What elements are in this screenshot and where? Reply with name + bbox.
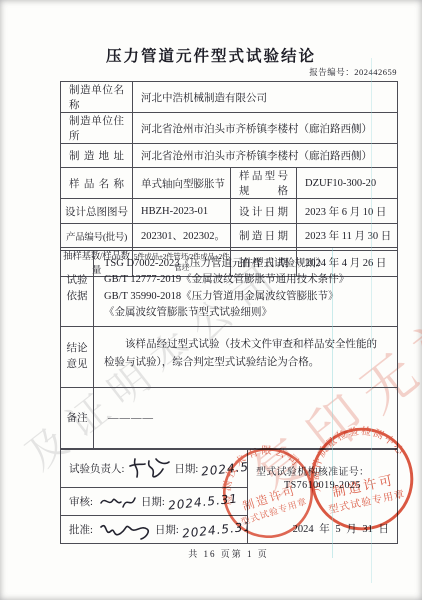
table-row: 制造地址 河北省沧州市泊头市齐桥镇李楼村（廊泊路西侧） (61, 144, 398, 168)
test-basis-value: TSG D7002-2023《压力管道元件型式试验规则》 GB/T 12777-… (94, 251, 398, 327)
reviewer-date: 2024.5.31 (167, 491, 238, 512)
sample-name-label: 样品名称 (61, 168, 133, 199)
table-row: 备注 ———— (61, 388, 398, 450)
drawing-no-label: 设计总图图号 (61, 199, 133, 224)
report-number-line: 报告编号：202442659 (60, 66, 397, 78)
approval-date: 2024 年 5 月 31 日 (293, 521, 389, 536)
page-footer: 共 16 页第 1 页 (60, 547, 397, 560)
table-row: 试验依据 TSG D7002-2023《压力管道元件型式试验规则》 GB/T 1… (61, 251, 398, 327)
cert-label: 型式试验机构核准证号： (248, 449, 397, 478)
reviewer-date-label: 日期: (141, 494, 165, 509)
test-leader-label: 试验负责人: (69, 461, 124, 476)
basis-line: 《金属波纹管膨胀节型式试验细则》 (104, 305, 393, 321)
manufacture-date-value: 2023 年 11 月 30 日 (297, 224, 398, 248)
sample-model-value: DZUF10-300-20 (297, 168, 398, 199)
approver-signature (97, 519, 151, 541)
remark-label: 备注 (61, 388, 94, 450)
design-date-label: 设计日期 (231, 199, 297, 224)
test-leader-signature (128, 455, 170, 481)
manufacturer-name-value: 河北中浩机械制造有限公司 (133, 82, 398, 113)
signature-table: 试验负责人: 日期: 2024.5.31 型式试验机构核准证号： TS76100… (60, 448, 398, 544)
sample-model-label: 样品型号规格 (231, 168, 297, 199)
manufacturer-address-value: 河北省沧州市泊头市齐桥镇李楼村（廊泊路西侧） (133, 113, 398, 144)
manufacture-date-label: 制造日期 (231, 224, 297, 248)
conclusion-label: 结论意见 (61, 327, 94, 388)
manufacturer-address-label: 制造单位住所 (61, 113, 133, 144)
approver-date-label: 日期: (155, 522, 179, 537)
table-row: 产品编号(批号) 202301、202302。 制造日期 2023 年 11 月… (61, 224, 398, 248)
product-no-label: 产品编号(批号) (61, 224, 133, 248)
basis-line: TSG D7002-2023《压力管道元件型式试验规则》 (104, 256, 393, 272)
manufacturing-site-value: 河北省沧州市泊头市齐桥镇李楼村（廊泊路西侧） (133, 144, 398, 168)
table-row: 制造单位名称 河北中浩机械制造有限公司 (61, 82, 398, 113)
manufacturer-name-label: 制造单位名称 (61, 82, 133, 113)
report-number-value: 202442659 (354, 67, 397, 77)
report-number-label: 报告编号： (309, 67, 354, 77)
reviewer-label: 审核: (69, 494, 93, 509)
table-row: 试验负责人: 日期: 2024.5.31 型式试验机构核准证号： TS76100… (61, 449, 398, 488)
product-no-value: 202301、202302。 (133, 224, 231, 248)
drawing-no-value: HBZH-2023-01 (133, 199, 231, 224)
approver-date: 2024.5.31 (181, 519, 247, 540)
test-leader-date: 2024.5.31 (201, 457, 248, 478)
test-basis-label: 试验依据 (61, 251, 94, 327)
table-row: 制造单位住所 河北省沧州市泊头市齐桥镇李楼村（廊泊路西侧） (61, 113, 398, 144)
basis-line: GB/T 12777-2019《金属波纹管膨胀节通用技术条件》 (104, 272, 393, 288)
approver-label: 批准: (69, 522, 93, 537)
reviewer-row: 审核: 日期: 2024.5.31 (61, 488, 248, 516)
remark-value: ———— (94, 388, 398, 450)
conclusion-text: 该样品经过型式试验（技术文件审查和样品安全性能的检验与试验），综合判定型式试验结… (94, 327, 398, 388)
table-row: 设计总图图号 HBZH-2023-01 设计日期 2023 年 6 月 10 日 (61, 199, 398, 224)
page-title: 压力管道元件型式试验结论 (0, 44, 422, 66)
sample-name-value: 单式轴向型膨胀节 (133, 168, 231, 199)
basis-table: 试验依据 TSG D7002-2023《压力管道元件型式试验规则》 GB/T 1… (60, 250, 398, 450)
table-row: 结论意见 该样品经过型式试验（技术文件审查和样品安全性能的检验与试验），综合判定… (61, 327, 398, 388)
cert-cell: 型式试验机构核准证号： TS7610019-2025 2024 年 5 月 31… (248, 449, 398, 544)
test-leader-row: 试验负责人: 日期: 2024.5.31 (61, 449, 248, 488)
cert-number: TS7610019-2025 (248, 478, 397, 491)
manufacturing-site-label: 制造地址 (61, 144, 133, 168)
reviewer-signature (97, 492, 137, 512)
test-leader-date-label: 日期: (174, 461, 198, 476)
info-table: 制造单位名称 河北中浩机械制造有限公司 制造单位住所 河北省沧州市泊头市齐桥镇李… (60, 81, 398, 277)
basis-line: GB/T 35990-2018《压力管道用金属波纹管膨胀节》 (104, 289, 393, 305)
table-row: 样品名称 单式轴向型膨胀节 样品型号规格 DZUF10-300-20 (61, 168, 398, 199)
document-page: 及证明本公司 复印无效 压力管道元件型式试验结论 报告编号：202442659 … (0, 0, 422, 600)
design-date-value: 2023 年 6 月 10 日 (297, 199, 398, 224)
approver-row: 批准: 日期: 2024.5.31 (61, 516, 248, 544)
